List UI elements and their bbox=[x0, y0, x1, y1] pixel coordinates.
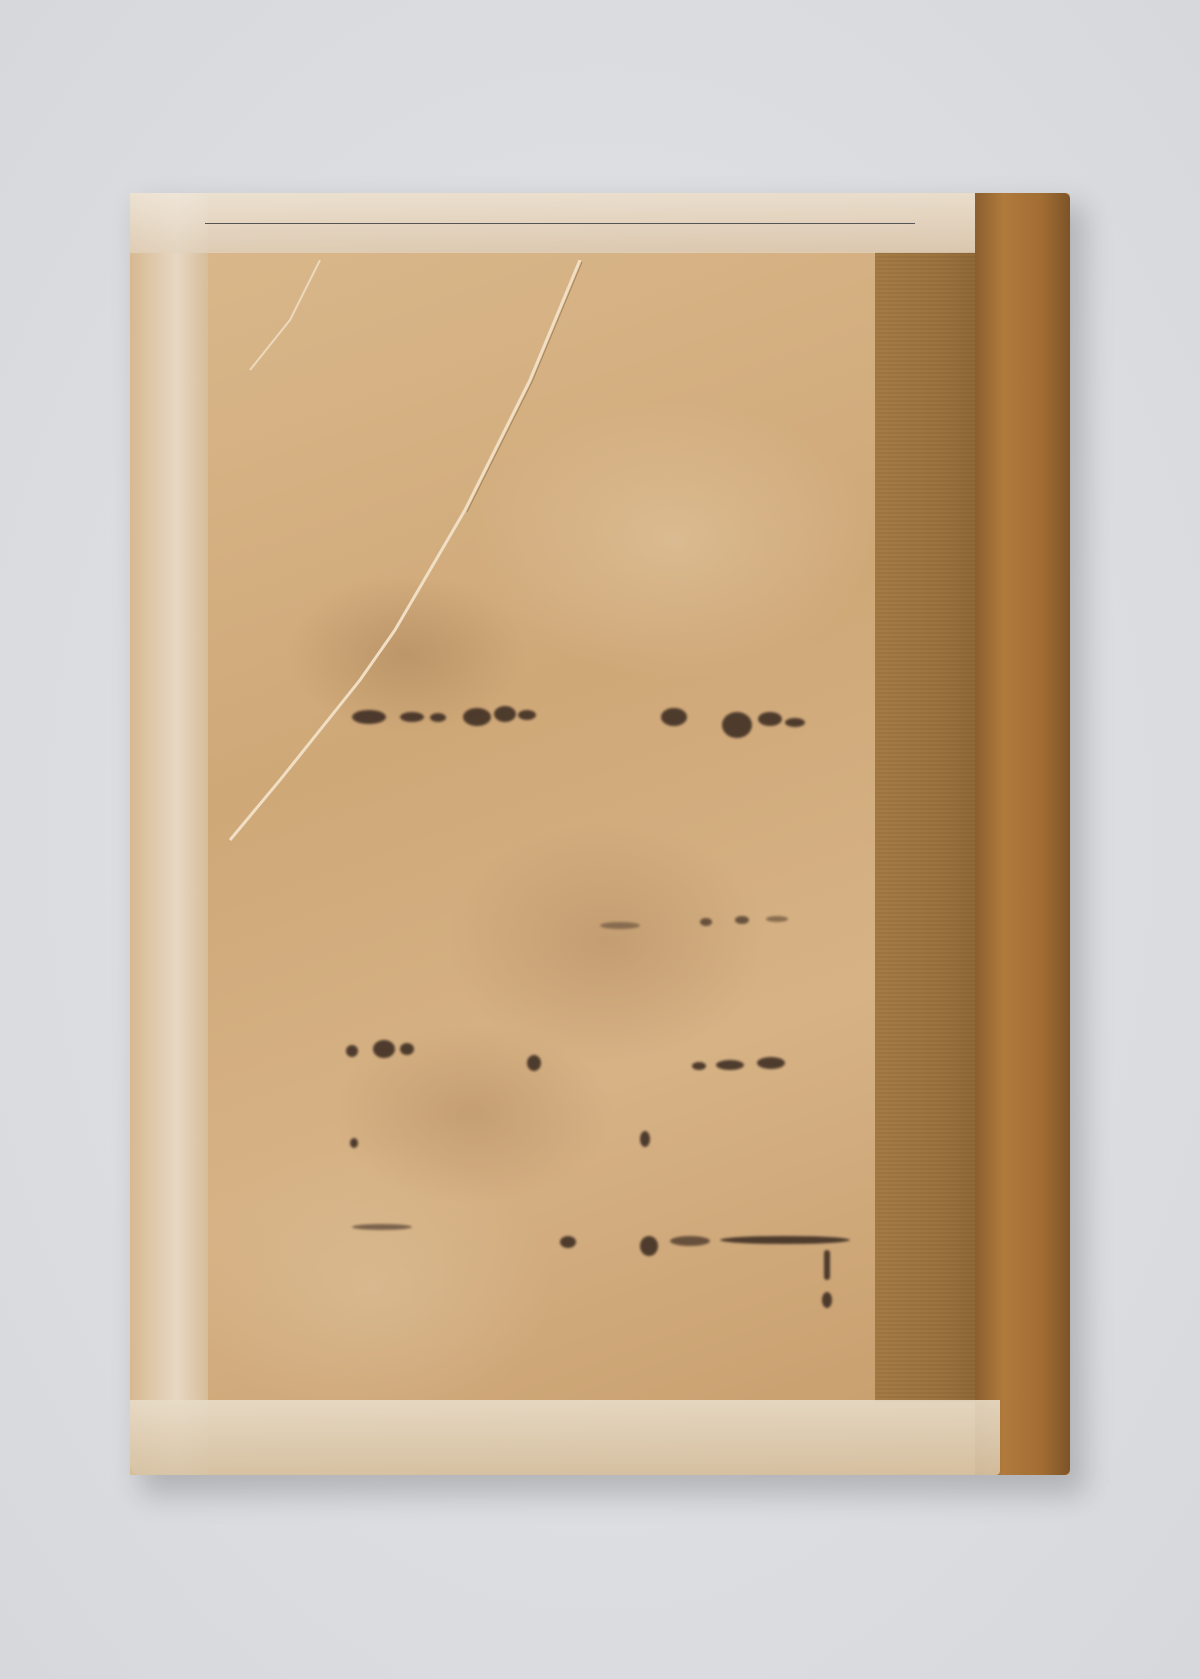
ink-mark bbox=[463, 708, 491, 726]
ink-mark bbox=[757, 1057, 785, 1069]
ink-mark bbox=[722, 712, 752, 738]
top-repair-tape bbox=[130, 193, 975, 253]
ink-mark bbox=[785, 718, 805, 727]
cover-crack bbox=[210, 260, 630, 860]
ink-mark bbox=[700, 918, 712, 926]
ink-mark bbox=[346, 1045, 358, 1057]
ink-mark bbox=[430, 713, 446, 722]
ink-mark bbox=[600, 922, 640, 929]
ink-mark bbox=[661, 708, 687, 726]
left-repair-tape bbox=[130, 193, 208, 1475]
ink-mark bbox=[373, 1040, 395, 1058]
ink-mark bbox=[692, 1062, 706, 1070]
ink-mark bbox=[527, 1055, 541, 1071]
ink-mark bbox=[494, 706, 516, 722]
ink-mark bbox=[670, 1236, 710, 1246]
ink-mark bbox=[735, 916, 749, 924]
ink-mark bbox=[640, 1131, 650, 1147]
ink-mark bbox=[824, 1250, 830, 1280]
ink-mark bbox=[400, 1043, 414, 1055]
ink-mark bbox=[758, 712, 782, 726]
ink-mark bbox=[822, 1292, 832, 1308]
ink-mark bbox=[518, 710, 536, 720]
ink-mark bbox=[400, 712, 424, 722]
pen-line bbox=[205, 223, 915, 224]
ink-mark bbox=[352, 1224, 412, 1230]
spine-cloth-strip bbox=[875, 252, 980, 1402]
bottom-repair-tape bbox=[130, 1400, 1000, 1475]
book-spine bbox=[975, 193, 1070, 1475]
ink-mark bbox=[560, 1236, 576, 1248]
ink-mark bbox=[716, 1060, 744, 1070]
ink-mark bbox=[766, 916, 788, 922]
ink-mark bbox=[352, 710, 386, 724]
ink-mark bbox=[640, 1236, 658, 1256]
ink-mark bbox=[350, 1138, 358, 1148]
ink-mark bbox=[720, 1236, 850, 1244]
